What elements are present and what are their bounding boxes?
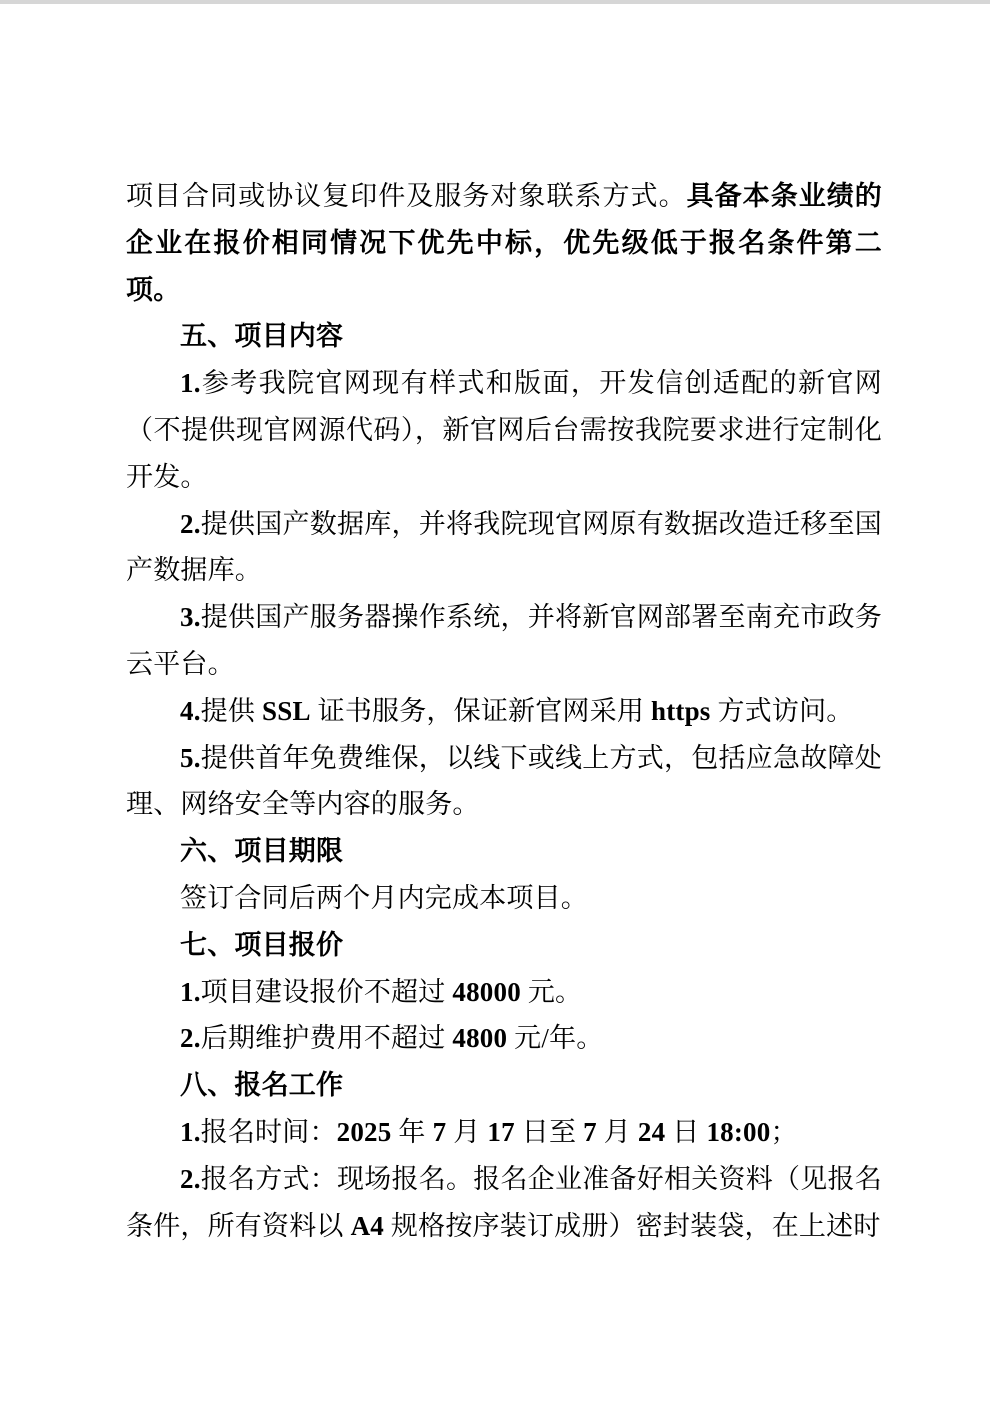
- paragraph: 2.提供国产数据库，并将我院现官网原有数据改造迁移至国产数据库。: [126, 501, 882, 595]
- text-run: 项目合同或协议复印件及服务对象联系方式。: [126, 181, 687, 211]
- text-run: 18:00: [706, 1117, 770, 1147]
- text-run: 48000: [452, 977, 521, 1007]
- text-run: 月: [597, 1117, 638, 1147]
- text-run: 2025: [337, 1117, 392, 1147]
- text-run: A4: [351, 1211, 384, 1241]
- text-run: 报名时间：: [201, 1117, 337, 1147]
- text-run: 1.: [180, 368, 201, 398]
- text-run: 项目建设报价不超过: [201, 977, 453, 1007]
- text-run: 七、项目报价: [180, 930, 343, 960]
- text-run: 月: [446, 1117, 487, 1147]
- text-run: 规格按序装订成册）密封装袋，在上述时: [384, 1211, 881, 1241]
- text-run: 提供首年免费维保，以线下或线上方式，包括应急故障处理、网络安全等内容的服务。: [126, 743, 882, 820]
- text-run: 证书服务，保证新官网采用: [311, 696, 651, 726]
- text-run: 1.: [180, 977, 201, 1007]
- paragraph: 项目合同或协议复印件及服务对象联系方式。具备本条业绩的企业在报价相同情况下优先中…: [126, 173, 882, 313]
- text-run: 2.: [180, 1164, 201, 1194]
- paragraph: 1.报名时间：2025 年 7 月 17 日至 7 月 24 日 18:00；: [126, 1109, 882, 1156]
- text-run: 3.: [180, 602, 201, 632]
- text-run: 2.: [180, 1023, 201, 1053]
- section-heading: 八、报名工作: [126, 1062, 882, 1109]
- text-run: 提供: [201, 696, 262, 726]
- document-content: 项目合同或协议复印件及服务对象联系方式。具备本条业绩的企业在报价相同情况下优先中…: [126, 173, 882, 1249]
- text-run: 7: [583, 1117, 597, 1147]
- section-heading: 七、项目报价: [126, 922, 882, 969]
- page-top-edge: [0, 0, 990, 4]
- text-run: 元。: [521, 977, 582, 1007]
- text-run: ；: [770, 1117, 797, 1147]
- text-run: 签订合同后两个月内完成本项目。: [180, 883, 588, 913]
- text-run: 4.: [180, 696, 201, 726]
- text-run: 六、项目期限: [180, 836, 343, 866]
- text-run: https: [651, 696, 711, 726]
- paragraph: 1.参考我院官网现有样式和版面，开发信创适配的新官网（不提供现官网源代码），新官…: [126, 360, 882, 500]
- paragraph: 3.提供国产服务器操作系统，并将新官网部署至南充市政务云平台。: [126, 594, 882, 688]
- paragraph: 2.报名方式：现场报名。报名企业准备好相关资料（见报名条件，所有资料以 A4 规…: [126, 1156, 882, 1250]
- text-run: 提供国产服务器操作系统，并将新官网部署至南充市政务云平台。: [126, 602, 882, 679]
- text-run: 五、项目内容: [180, 321, 343, 351]
- text-run: 八、报名工作: [180, 1070, 343, 1100]
- text-run: 4800: [452, 1023, 507, 1053]
- text-run: 方式访问。: [711, 696, 854, 726]
- text-run: 日至: [515, 1117, 583, 1147]
- text-run: 5.: [180, 743, 201, 773]
- paragraph: 2.后期维护费用不超过 4800 元/年。: [126, 1015, 882, 1062]
- text-run: 元/年。: [507, 1023, 603, 1053]
- paragraph: 5.提供首年免费维保，以线下或线上方式，包括应急故障处理、网络安全等内容的服务。: [126, 735, 882, 829]
- text-run: 24: [638, 1117, 665, 1147]
- paragraph: 4.提供 SSL 证书服务，保证新官网采用 https 方式访问。: [126, 688, 882, 735]
- paragraph: 1.项目建设报价不超过 48000 元。: [126, 969, 882, 1016]
- text-run: 提供国产数据库，并将我院现官网原有数据改造迁移至国产数据库。: [126, 509, 882, 586]
- text-run: 2.: [180, 509, 201, 539]
- text-run: 7: [433, 1117, 447, 1147]
- text-run: 1.: [180, 1117, 201, 1147]
- text-run: 17: [487, 1117, 514, 1147]
- section-heading: 五、项目内容: [126, 313, 882, 360]
- section-heading: 六、项目期限: [126, 828, 882, 875]
- text-run: 参考我院官网现有样式和版面，开发信创适配的新官网（不提供现官网源代码），新官网后…: [126, 368, 882, 492]
- text-run: 年: [391, 1117, 432, 1147]
- text-run: 后期维护费用不超过: [201, 1023, 453, 1053]
- text-run: 日: [665, 1117, 706, 1147]
- paragraph: 签订合同后两个月内完成本项目。: [126, 875, 882, 922]
- text-run: SSL: [262, 696, 311, 726]
